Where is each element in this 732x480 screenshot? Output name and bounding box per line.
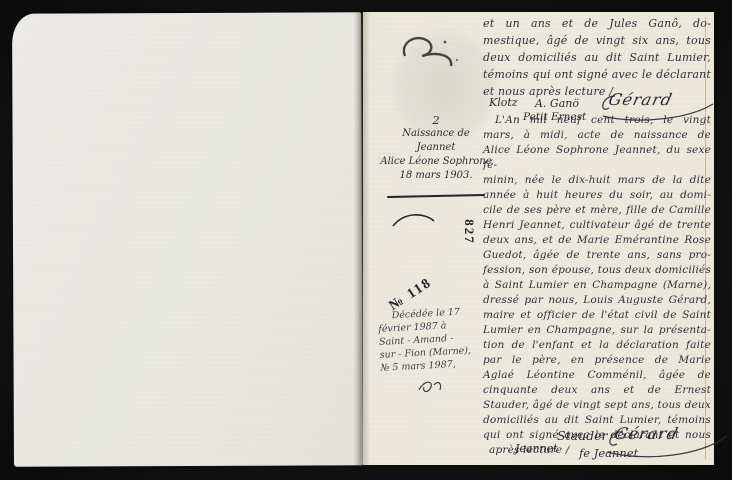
scanned-register-spread: et un ans et de Jules Ganô, do-mestique,… xyxy=(0,0,732,480)
act-margin-header: Naissance deJeannetAlice Léone Sophrone1… xyxy=(377,127,495,183)
manuscript-line: deux ans, et de Marie Emérantine Rose xyxy=(483,233,711,248)
margin-divider-line xyxy=(387,194,485,198)
manuscript-line: témoins qui ont signé avec le déclarant xyxy=(483,66,711,83)
stamp-827: 827 xyxy=(461,212,477,252)
manuscript-line: maire et officier de l'état civil de Sai… xyxy=(483,308,711,323)
manuscript-line: fession, son épouse, tous deux domicilié… xyxy=(483,263,711,278)
manuscript-line: L'An mil neuf cent trois, le vingt xyxy=(483,113,711,128)
manuscript-line: à Saint Lumier en Champagne (Marne), xyxy=(483,278,711,293)
act-signatures: Stauder Gérard Jeannet fe Jeannet xyxy=(483,420,711,462)
manuscript-line: mestique, âgé de vingt six ans, tous xyxy=(483,32,711,49)
left-page xyxy=(12,12,363,467)
signature-fe-jeannet: fe Jeannet xyxy=(579,446,638,460)
manuscript-line: cinquante deux ans et de Ernest xyxy=(483,383,711,398)
signature-gano: A. Ganö xyxy=(535,97,579,110)
manuscript-line: minin, née le dix-huit mars de la dite xyxy=(483,173,711,188)
manuscript-line: tion de l'enfant et la déclaration faite xyxy=(483,338,711,353)
signature-mayor-flourish: Gérard xyxy=(613,424,681,443)
signature-stauder: Stauder xyxy=(557,428,607,443)
manuscript-line: Guedot, âgée de trente ans, sans pro- xyxy=(483,248,711,263)
margin-header-line: 18 mars 1903. xyxy=(377,169,495,183)
manuscript-line: par le père, en présence de Marie xyxy=(483,353,711,368)
manuscript-line: Alice Léone Sophrone Jeannet, du sexe fé… xyxy=(483,143,711,173)
act-number: 2 xyxy=(383,113,489,127)
death-note-paraph xyxy=(415,378,445,396)
margin-header-line: Jeannet xyxy=(377,141,495,155)
margin-header-line: Naissance de xyxy=(377,127,495,141)
manuscript-line: dressé par nous, Louis Auguste Gérard, xyxy=(483,293,711,308)
manuscript-line: mars, à midi, acte de naissance de xyxy=(483,128,711,143)
manuscript-line: cile de ses père et mère, fille de Camil… xyxy=(483,203,711,218)
manuscript-line: année à huit heures du soir, au domi- xyxy=(483,188,711,203)
death-margin-note: Décédée le 17février 1987 àSaint - Amand… xyxy=(377,304,492,375)
birth-act-text: L'An mil neuf cent trois, le vingtmars, … xyxy=(483,113,711,458)
manuscript-line: Stauder, âgé de vingt sept ans, tous deu… xyxy=(483,398,711,413)
previous-act-text: et un ans et de Jules Ganô, do-mestique,… xyxy=(483,15,711,100)
paper-texture xyxy=(12,12,363,467)
manuscript-line: Henri Jeannet, cultivateur âgé de trente xyxy=(483,218,711,233)
right-page: et un ans et de Jules Ganô, do-mestique,… xyxy=(363,12,714,465)
manuscript-line: Lumier en Champagne, sur la présenta- xyxy=(483,323,711,338)
margin-paraph-mark xyxy=(391,209,437,231)
signature-jeannet: Jeannet xyxy=(515,442,558,455)
manuscript-line: deux domiciliés au dit Saint Lumier, xyxy=(483,49,711,66)
signature-mayor-flourish: Gérard xyxy=(607,90,675,109)
manuscript-line: Aglaé Léontine Comménil, âgée de xyxy=(483,368,711,383)
signature-klotz: Klotz xyxy=(489,96,518,109)
margin-header-line: Alice Léone Sophrone xyxy=(377,155,495,169)
manuscript-line: et un ans et de Jules Ganô, do- xyxy=(483,15,711,32)
